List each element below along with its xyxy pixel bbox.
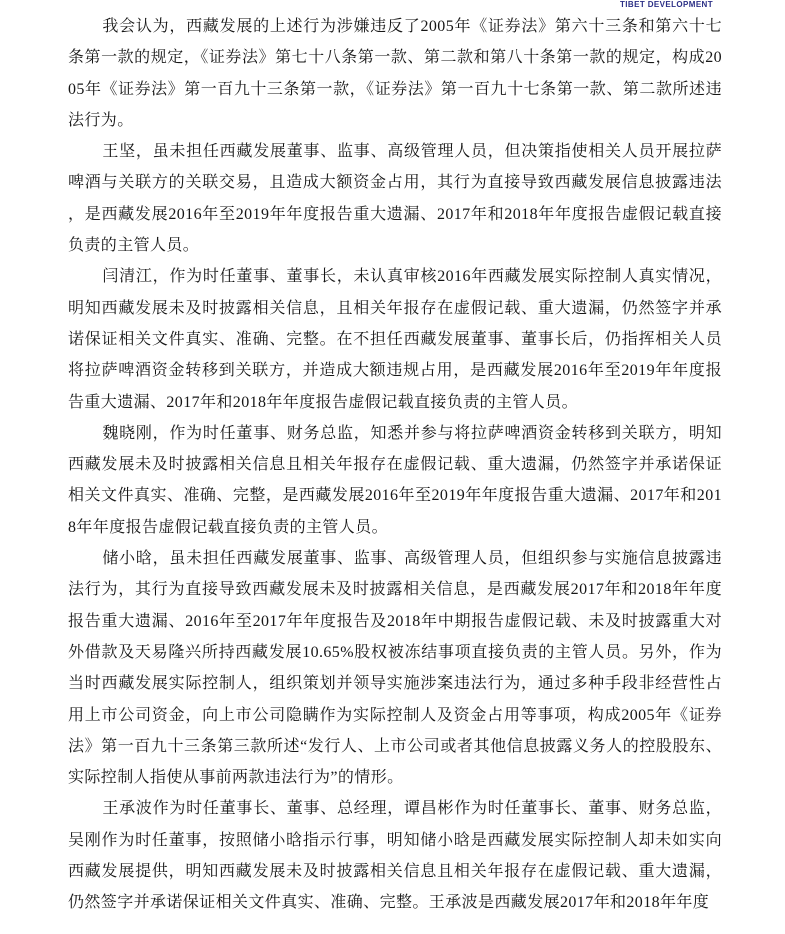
paragraph-yanqingjiang: 闫清江，作为时任董事、董事长，未认真审核2016年西藏发展实际控制人真实情况，明…: [68, 261, 722, 417]
paragraph-wangjian: 王坚，虽未担任西藏发展董事、监事、高级管理人员，但决策指使相关人员开展拉萨啤酒与…: [68, 136, 722, 261]
paragraph-chuxiaohan: 储小晗，虽未担任西藏发展董事、监事、高级管理人员，但组织参与实施信息披露违法行为…: [68, 543, 722, 793]
document-page: TIBET DEVELOPMENT 我会认为，西藏发展的上述行为涉嫌违反了200…: [0, 0, 785, 934]
document-body: 我会认为，西藏发展的上述行为涉嫌违反了2005年《证券法》第六十三条和第六十七条…: [68, 11, 722, 919]
paragraph-weixiaogang: 魏晓刚，作为时任董事、财务总监，知悉并参与将拉萨啤酒资金转移到关联方，明知西藏发…: [68, 418, 722, 543]
paragraph-conclusion-violation: 我会认为，西藏发展的上述行为涉嫌违反了2005年《证券法》第六十三条和第六十七条…: [68, 11, 722, 136]
paragraph-wangchengbo-tanchangbin-wugang: 王承波作为时任董事长、董事、总经理，谭昌彬作为时任董事长、董事、财务总监，吴刚作…: [68, 793, 722, 918]
company-logo-text: TIBET DEVELOPMENT: [620, 0, 780, 10]
